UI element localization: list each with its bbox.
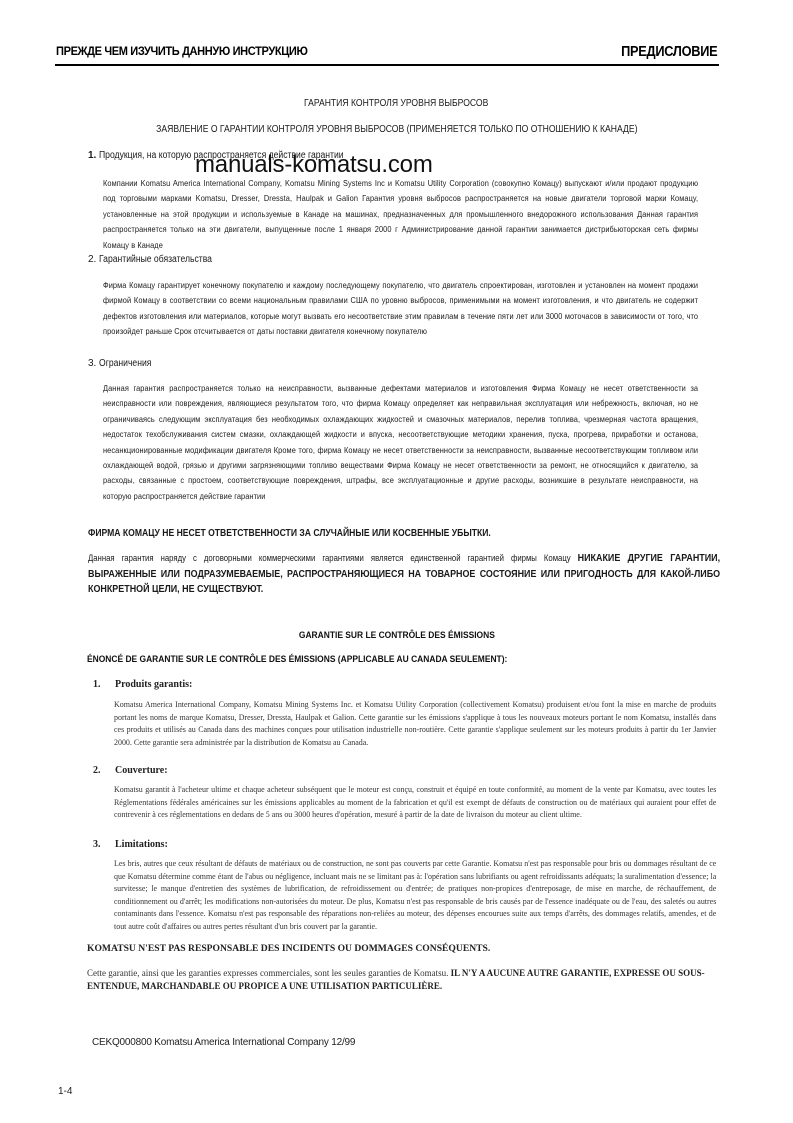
fr-section-1-body: Komatsu America International Company, K… bbox=[114, 699, 716, 749]
fr-title: GARANTIE SUR LE CONTRÔLE DES ÉMISSIONS bbox=[0, 629, 793, 640]
section-number: 3. bbox=[93, 839, 115, 850]
ru-final-plain: Данная гарантия наряду с договорными ком… bbox=[88, 553, 578, 563]
fr-section-2-heading: 2.Couverture: bbox=[93, 765, 168, 776]
running-header-left: ПРЕЖДЕ ЧЕМ ИЗУЧИТЬ ДАННУЮ ИНСТРУКЦИЮ bbox=[56, 44, 307, 58]
fr-final-statement: Cette garantie, ainsi que les garanties … bbox=[87, 967, 727, 993]
section-heading-text: Limitations: bbox=[115, 839, 168, 850]
fr-section-3-body: Les bris, autres que ceux résultant de d… bbox=[114, 858, 716, 934]
section-number: 3. bbox=[88, 358, 96, 369]
fr-final-plain: Cette garantie, ainsi que les garanties … bbox=[87, 968, 451, 978]
ru-section-2-heading: 2. Гарантийные обязательства bbox=[88, 254, 230, 265]
header-rule bbox=[55, 64, 719, 66]
fr-subtitle: ÉNONCÉ DE GARANTIE SUR LE CONTRÔLE DES É… bbox=[87, 653, 507, 664]
section-number: 1. bbox=[88, 150, 96, 161]
fr-section-2-body: Komatsu garantit à l'acheteur ultime et … bbox=[114, 784, 716, 822]
section-heading-text: Produits garantis: bbox=[115, 679, 192, 690]
manual-page: ПРЕЖДЕ ЧЕМ ИЗУЧИТЬ ДАННУЮ ИНСТРУКЦИЮ ПРЕ… bbox=[0, 0, 793, 1123]
section-heading-text: Гарантийные обязательства bbox=[99, 254, 212, 265]
fr-disclaimer: KOMATSU N'EST PAS RESPONSABLE DES INCIDE… bbox=[87, 943, 490, 954]
document-code: CEKQ000800 Komatsu America International… bbox=[92, 1037, 355, 1048]
section-heading-text: Couverture: bbox=[115, 765, 168, 776]
ru-section-2-body: Фирма Комацу гарантирует конечному покуп… bbox=[103, 278, 698, 340]
running-header-right: ПРЕДИСЛОВИЕ bbox=[621, 44, 717, 60]
fr-section-1-heading: 1.Produits garantis: bbox=[93, 679, 192, 690]
ru-final-statement: Данная гарантия наряду с договорными ком… bbox=[88, 551, 720, 598]
ru-section-3-body: Данная гарантия распространяется только … bbox=[103, 381, 698, 504]
page-number: 1-4 bbox=[58, 1086, 72, 1097]
ru-section-1-body: Компании Komatsu America International C… bbox=[103, 176, 698, 253]
ru-section-3-heading: 3. Ограничения bbox=[88, 358, 160, 369]
ru-title: ГАРАНТИЯ КОНТРОЛЯ УРОВНЯ ВЫБРОСОВ bbox=[0, 98, 793, 109]
section-number: 2. bbox=[93, 765, 115, 776]
ru-subtitle: ЗАЯВЛЕНИЕ О ГАРАНТИИ КОНТРОЛЯ УРОВНЯ ВЫБ… bbox=[0, 124, 793, 135]
section-number: 2. bbox=[88, 254, 96, 265]
fr-section-3-heading: 3.Limitations: bbox=[93, 839, 168, 850]
watermark: manuals-komatsu.com bbox=[195, 151, 433, 179]
ru-disclaimer: ФИРМА КОМАЦУ НЕ НЕСЕТ ОТВЕТСТВЕННОСТИ ЗА… bbox=[88, 528, 491, 539]
section-number: 1. bbox=[93, 679, 115, 690]
section-heading-text: Ограничения bbox=[99, 358, 151, 369]
